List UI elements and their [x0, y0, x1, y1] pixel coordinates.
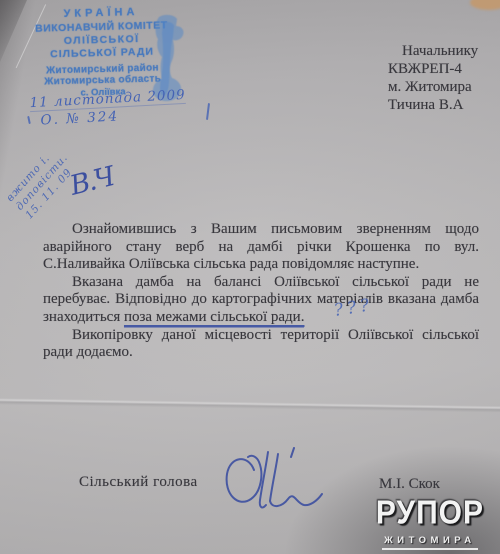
letter-body: Ознайомившись з Вашим письмовим зверненн…	[43, 221, 479, 362]
fold-crease	[0, 392, 500, 416]
pen-tick	[206, 103, 210, 120]
paragraph-3: Викопіровку даної місцевості території О…	[43, 327, 479, 362]
underlined-phrase: поза межами сільської ради.	[124, 309, 304, 328]
paragraph-2: Вказана дамба на балансі Оліївської сіль…	[43, 274, 479, 327]
recipient-line2: КВЖРЕП-4	[388, 60, 478, 78]
paragraph-1: Ознайомившись з Вашим письмовим зверненн…	[43, 221, 479, 274]
signature-scribble	[218, 442, 326, 522]
document-photo: УКРАЇНА ВИКОНАВЧИЙ КОМІТЕТ ОЛІЇВСЬКОЇ СІ…	[0, 0, 500, 554]
finger-corner	[470, 0, 500, 10]
logo-subtitle: ЖИТОМИРА	[382, 534, 477, 550]
recipient-block: Начальнику КВЖРЕП-4 м. Житомира Тичина В…	[388, 42, 478, 114]
recipient-line4: Тичина В.А	[388, 96, 478, 114]
recipient-line3: м. Житомира	[388, 78, 478, 96]
rupor-zhytomyra-logo: РУПОР ЖИТОМИРА	[376, 500, 484, 550]
registration-note: 11 листопада 2009 О. № 324	[29, 87, 187, 129]
recipient-line1: Начальнику	[388, 42, 478, 60]
signatory-title: Сільський голова	[79, 474, 198, 491]
logo-title: РУПОР	[376, 496, 484, 530]
signatory-name: М.І. Скок	[379, 476, 440, 493]
